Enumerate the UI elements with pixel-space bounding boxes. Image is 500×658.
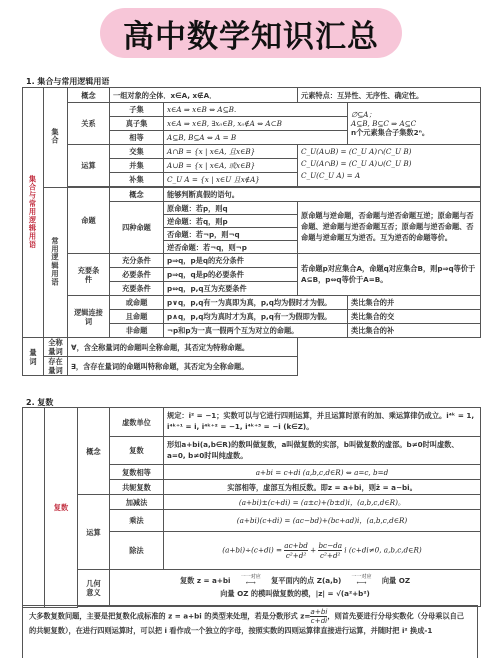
concept-name: 复数 <box>110 437 164 465</box>
condition-text: p⇔q，p,q互为充要条件 <box>164 282 298 296</box>
label-connectives: 逻辑连接词 <box>68 296 110 338</box>
proposition-row: 原命题：若p，则q <box>164 202 298 215</box>
operation-name: 补集 <box>110 173 164 187</box>
page-title: 高中数学知识汇总 <box>123 11 379 56</box>
conditions-note: 若命题p对应集合A，命题q对应集合B，则p⇒q等价于A⊆B，p⇔q等价于A=B。 <box>298 254 481 296</box>
complex-summary-note: 大多数复数问题，主要是把复数化成标准的 z = a+bi 的类型来处理，若是分数… <box>22 605 478 658</box>
operation-text: (a+bi)±(c+di) = (a±c)+(b±d)i，(a,b,c,d∈R)… <box>164 495 481 510</box>
proposition-concept-text: 能够判断真假的语句。 <box>164 188 481 202</box>
concept-text: 形如a+bi(a,b∈R)的数叫做复数，a叫做复数的实部，b叫做复数的虚部。b≠… <box>164 437 481 465</box>
concept-name: 共轭复数 <box>110 480 164 495</box>
blank-column <box>23 408 45 608</box>
concept-name: 复数相等 <box>110 465 164 480</box>
condition-name: 充要条件 <box>110 282 164 296</box>
condition-text: p⇒q，q是p的必要条件 <box>164 268 298 282</box>
operation-name: 乘法 <box>110 510 164 532</box>
concept-text: a+bi = c+di (a,b,c,d∈R) ⇔ a=c, b=d <box>164 465 481 480</box>
relation-formula: x∈A ⇒ x∈B, ∃x₀∈B, x₀∉A ⇔ A⊂B <box>164 117 348 131</box>
quantifier-name: 全称量词 <box>44 338 68 357</box>
sets-feature: 元素特点：互异性、无序性、确定性。 <box>298 88 481 103</box>
division-formula: (a+bi)÷(c+di) = ac+bd c²+d² + bc−da c²+d… <box>164 532 481 570</box>
connective-name: 非命题 <box>110 324 164 338</box>
connective-text: p∨q，p,q有一为真即为真，p,q均为假时才为假。 <box>164 296 348 310</box>
connective-name: 或命题 <box>110 296 164 310</box>
main-category-complex: 复数 <box>45 408 78 608</box>
sets-definition: 一组对象的全体．x∈A, x∉A． <box>110 88 298 103</box>
label-operations: 运算 <box>68 145 110 187</box>
connective-text: p∧q，p,q均为真时才为真，p,q有一为假即为假。 <box>164 310 348 324</box>
operation-text: (a+bi)(c+di) = (ac−bd)+(bc+ad)i，(a,b,c,d… <box>164 510 481 532</box>
section2-table: 复数 概念 虚数单位 规定：i² = −1；实数可以与它进行四则运算，并且运算时… <box>22 407 481 608</box>
label-proposition: 命题 <box>68 188 110 254</box>
operation-name: 除法 <box>110 532 164 570</box>
operation-formula: A∪B = {x | x∈A, 或x∈B} <box>164 159 298 173</box>
proposition-row: 逆否命题：若¬q，则¬p <box>164 241 298 254</box>
operation-formula: C_U A = {x | x∈U 且x∉A} <box>164 173 298 187</box>
label-conditions: 充要条件 <box>68 254 110 296</box>
condition-text: p⇒q，p是q的充分条件 <box>164 254 298 268</box>
operation-name: 加减法 <box>110 495 164 510</box>
category-logic: 常用逻辑用语 <box>44 188 68 338</box>
section1-table: 集合与常用逻辑用语 集合 概念 一组对象的全体．x∈A, x∉A． 元素特点：互… <box>22 87 481 376</box>
relation-name: 相等 <box>110 131 164 145</box>
proposition-row: 逆命题：若q，则p <box>164 215 298 228</box>
quantifier-text: ∀，含全称量词的命题叫全称命题，其否定为特称命题。 <box>68 338 298 357</box>
relation-name: 真子集 <box>110 117 164 131</box>
category-sets: 集合 <box>44 88 68 188</box>
bidirectional-arrow-icon: 一一对应⟷ <box>344 575 380 587</box>
condition-name: 必要条件 <box>110 268 164 282</box>
concept-text: 规定：i² = −1；实数可以与它进行四则运算，并且运算时原有的加、乘运算律仍成… <box>164 408 481 437</box>
connective-name: 且命题 <box>110 310 164 324</box>
section1-heading: 1. 集合与常用逻辑用语 <box>26 76 109 87</box>
concept-text: 实部相等，虚部互为相反数。即z = a+bi，则z̄ = a−bi。 <box>164 480 481 495</box>
title-banner: 高中数学知识汇总 <box>100 8 402 58</box>
relation-formula: x∈A ⇒ x∈B ⇔ A⊆B． <box>164 103 348 117</box>
operation-name: 并集 <box>110 159 164 173</box>
connective-analogy: 类比集合的并 <box>348 296 481 310</box>
label-geometry: 几何意义 <box>78 570 110 607</box>
label-operations: 运算 <box>78 495 110 570</box>
bidirectional-arrow-icon: 一一对应⟷ <box>233 575 269 587</box>
quantifier-text: ∃，含存在量词的命题叫特称命题，其否定为全称命题。 <box>68 357 298 376</box>
label-four-propositions: 四种命题 <box>110 202 164 254</box>
operation-formula: A∩B = {x | x∈A, 且x∈B} <box>164 145 298 159</box>
operation-name: 交集 <box>110 145 164 159</box>
relations-note: ∅⊆A； A⊆B, B⊆C ⇒ A⊆C n个元素集合子集数2ⁿ。 <box>348 103 481 145</box>
concept-name: 虚数单位 <box>110 408 164 437</box>
connective-analogy: 类比集合的交 <box>348 310 481 324</box>
label-quantifiers: 量词 <box>23 338 44 376</box>
main-category-sets-logic: 集合与常用逻辑用语 <box>23 88 44 338</box>
relation-formula: A⊆B, B⊆A ⇔ A = B <box>164 131 348 145</box>
label-proposition-concept: 概念 <box>110 188 164 202</box>
label-concept: 概念 <box>68 88 110 103</box>
geometry-meaning: 复数 z = a+bi 一一对应⟷ 复平面内的点 Z(a,b) 一一对应⟷ 向量… <box>110 570 481 607</box>
four-propositions-note: 原命题与逆命题，否命题与逆否命题互逆；原命题与否命题、逆命题与逆否命题互否；原命… <box>298 202 481 254</box>
proposition-row: 否命题：若¬p，则¬q <box>164 228 298 241</box>
label-concept: 概念 <box>78 408 110 495</box>
relation-name: 子集 <box>110 103 164 117</box>
connective-analogy: 类比集合的补 <box>348 324 481 338</box>
quantifier-name: 存在量词 <box>44 357 68 376</box>
condition-name: 充分条件 <box>110 254 164 268</box>
connective-text: ¬p和p为一真一假两个互为对立的命题。 <box>164 324 348 338</box>
complement-laws: C_U(A∪B) = (C_U A)∩(C_U B) C_U(A∩B) = (C… <box>298 145 481 187</box>
label-relations: 关系 <box>68 103 110 145</box>
